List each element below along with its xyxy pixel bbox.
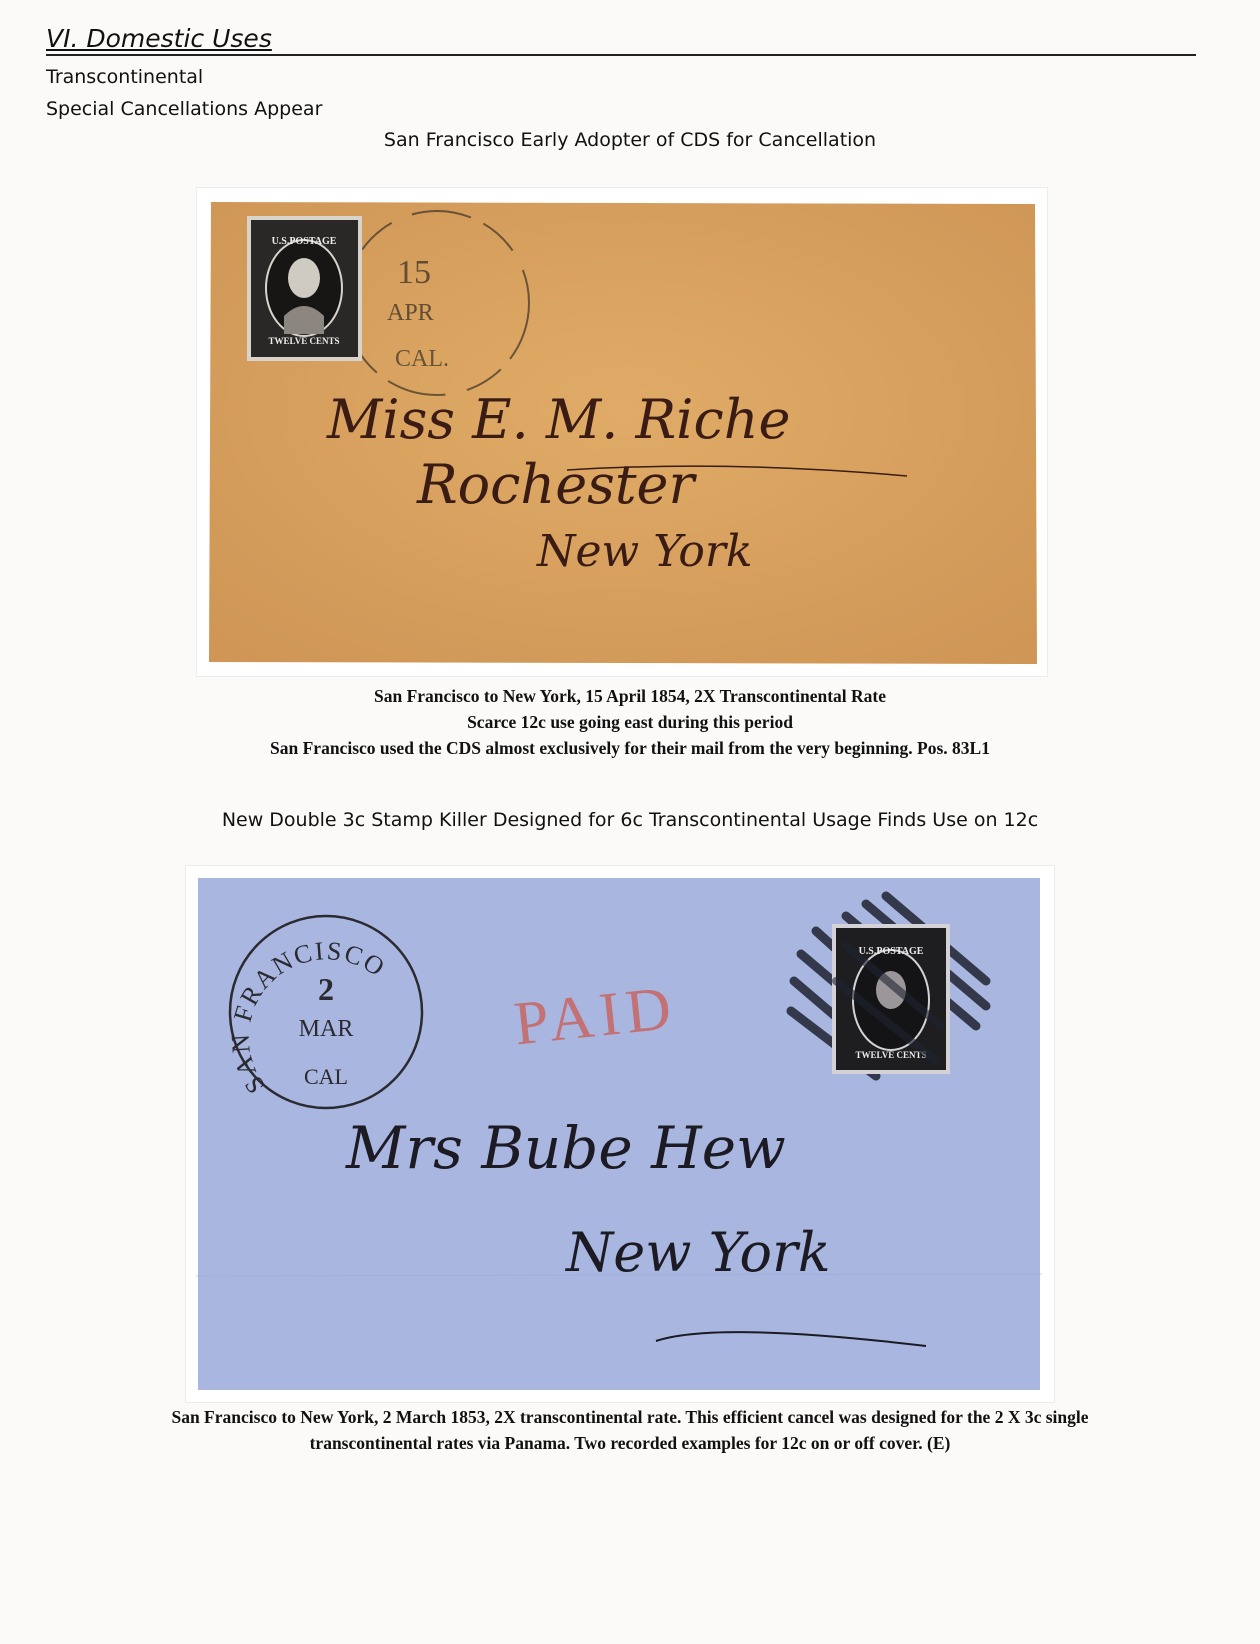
exhibit-2-caption-line-2: transcontinental rates via Panama. Two r… bbox=[0, 1430, 1260, 1456]
svg-text:2: 2 bbox=[318, 971, 334, 1007]
svg-text:CAL.: CAL. bbox=[395, 346, 449, 372]
svg-text:New York: New York bbox=[564, 1221, 831, 1284]
exhibit-1-caption-line-3: San Francisco used the CDS almost exclus… bbox=[0, 735, 1260, 761]
exhibit-1-caption-line-1: San Francisco to New York, 15 April 1854… bbox=[0, 683, 1260, 709]
subheading-transcontinental: Transcontinental bbox=[46, 66, 203, 88]
exhibit-1-caption-line-2: Scarce 12c use going east during this pe… bbox=[0, 709, 1260, 735]
svg-text:U.S.POSTAGE: U.S.POSTAGE bbox=[272, 236, 337, 247]
subheading-special-cancellations: Special Cancellations Appear bbox=[46, 98, 322, 120]
svg-text:CAL: CAL bbox=[304, 1064, 348, 1089]
exhibit-2-heading: New Double 3c Stamp Killer Designed for … bbox=[0, 809, 1260, 831]
exhibit-1-heading: San Francisco Early Adopter of CDS for C… bbox=[0, 129, 1260, 151]
stamp-12c-washington: U.S.POSTAGE TWELVE CENTS bbox=[247, 216, 362, 361]
svg-text:MAR: MAR bbox=[299, 1016, 354, 1042]
exhibit-1-cover: 15 APR CAL. U.S.POSTAGE TWELVE CENTS Mis… bbox=[207, 198, 1039, 668]
svg-text:TWELVE CENTS: TWELVE CENTS bbox=[856, 1050, 927, 1060]
svg-text:U.S.POSTAGE: U.S.POSTAGE bbox=[859, 946, 924, 957]
exhibit-2-caption-line-1: San Francisco to New York, 2 March 1853,… bbox=[0, 1404, 1260, 1430]
svg-text:APR: APR bbox=[387, 300, 434, 326]
exhibit-2-cover: SAN FRANCISCO 2 MAR CAL PAID U.S.POSTAGE… bbox=[196, 876, 1042, 1392]
svg-text:Mrs Bube Hew: Mrs Bube Hew bbox=[345, 1114, 786, 1182]
svg-text:New York: New York bbox=[536, 526, 753, 577]
svg-text:Rochester: Rochester bbox=[416, 453, 698, 516]
svg-text:Miss E. M. Riche: Miss E. M. Riche bbox=[326, 388, 790, 451]
svg-text:TWELVE CENTS: TWELVE CENTS bbox=[269, 336, 340, 346]
title-rule bbox=[46, 54, 1196, 56]
section-title: VI. Domestic Uses bbox=[46, 24, 272, 53]
svg-text:15: 15 bbox=[397, 254, 431, 291]
